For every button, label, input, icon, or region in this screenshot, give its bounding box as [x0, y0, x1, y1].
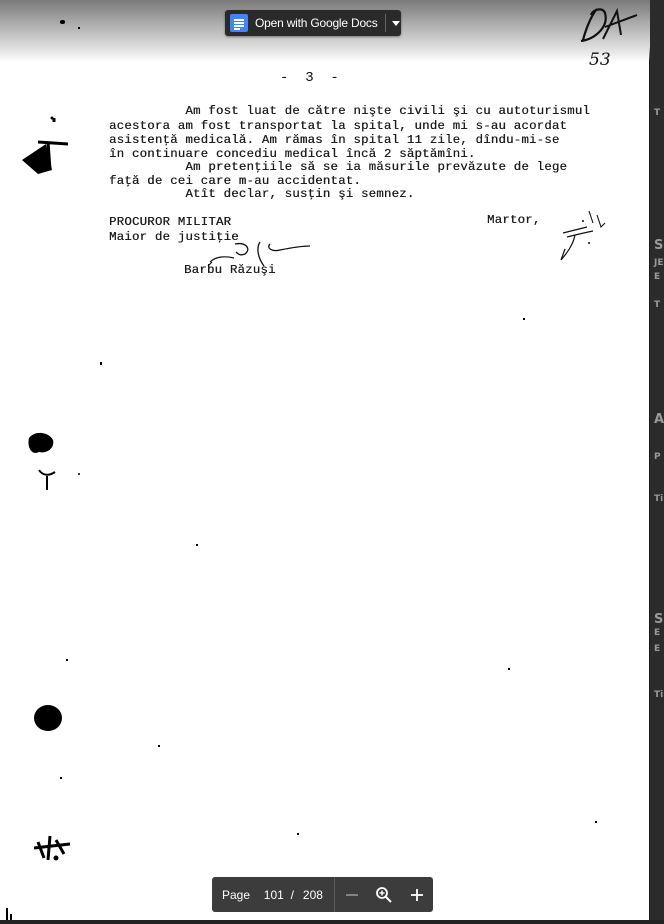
handwritten-signature-left — [200, 236, 315, 271]
sidebar-ghost-text: T — [654, 300, 660, 310]
paragraph-line: Am pretenţiile să se ia măsurile prevăzu… — [109, 161, 567, 174]
paragraph-line: Am fost luat de către nişte civili şi cu… — [109, 105, 590, 118]
page-marker: - 3 - — [280, 70, 339, 86]
speck — [60, 777, 62, 779]
handwritten-initials: 53 — [575, 5, 645, 70]
magnifier-icon — [375, 886, 393, 904]
ink-blot — [34, 705, 62, 731]
dropdown-caret-icon[interactable] — [392, 21, 400, 26]
ink-blot — [18, 112, 73, 182]
speck — [66, 659, 68, 661]
sidebar-ghost-text: E — [654, 628, 660, 638]
paragraph-line: Atît declar, susţin şi semnez. — [109, 188, 414, 201]
page-separator: / — [291, 888, 294, 902]
speck — [6, 908, 8, 920]
paragraph-line: acestora am fost transportat la spital, … — [109, 120, 567, 133]
open-with-label: Open with Google Docs — [255, 16, 378, 30]
page-toolbar: Page 101 / 208 — [212, 877, 433, 912]
speck — [196, 544, 198, 546]
sidebar-ghost-text: A — [654, 412, 664, 427]
speck — [508, 668, 510, 670]
speck — [78, 27, 80, 29]
zoom-out-button[interactable] — [336, 877, 368, 912]
ink-blot — [30, 828, 75, 868]
plus-icon — [410, 888, 424, 902]
handwritten-signature-right — [553, 205, 613, 265]
witness-label: Martor, — [487, 214, 540, 227]
sidebar-ghost-text: E — [654, 644, 660, 654]
right-side-panel: T S JE E T A P Ti S E E Ti — [649, 0, 664, 920]
svg-text:53: 53 — [589, 50, 611, 70]
paragraph-line: asistenţă medicală. Am rămas în spital 1… — [109, 134, 560, 147]
speck — [100, 362, 102, 365]
sidebar-ghost-text: P — [654, 452, 661, 462]
zoom-reset-button[interactable] — [368, 877, 400, 912]
sidebar-ghost-text: S — [654, 238, 663, 253]
sidebar-ghost-text: Ti — [654, 494, 663, 504]
signature-title: PROCUROR MILITAR — [109, 216, 231, 229]
document-page: 53 - 3 - Am fost luat de către nişte civ… — [0, 0, 650, 920]
minus-icon — [345, 888, 359, 902]
total-pages: 208 — [303, 888, 323, 902]
zoom-in-button[interactable] — [401, 877, 433, 912]
page-label: Page — [222, 888, 250, 902]
google-docs-icon — [230, 14, 248, 32]
sidebar-ghost-text: E — [654, 272, 660, 282]
speck — [595, 821, 597, 823]
speck — [297, 833, 299, 835]
speck — [60, 20, 65, 24]
open-with-google-docs-button[interactable]: Open with Google Docs — [225, 10, 401, 36]
button-divider — [385, 14, 386, 32]
sidebar-ghost-text: T — [654, 108, 660, 118]
bottom-edge — [0, 920, 664, 924]
sidebar-ghost-text: S — [654, 612, 663, 627]
sidebar-ghost-text: JE — [654, 258, 664, 268]
current-page-input[interactable]: 101 — [262, 888, 286, 902]
ink-blot — [25, 430, 85, 495]
speck — [523, 318, 525, 320]
speck — [158, 745, 160, 747]
toolbar-divider — [334, 877, 335, 912]
sidebar-ghost-text: Ti — [654, 690, 663, 700]
